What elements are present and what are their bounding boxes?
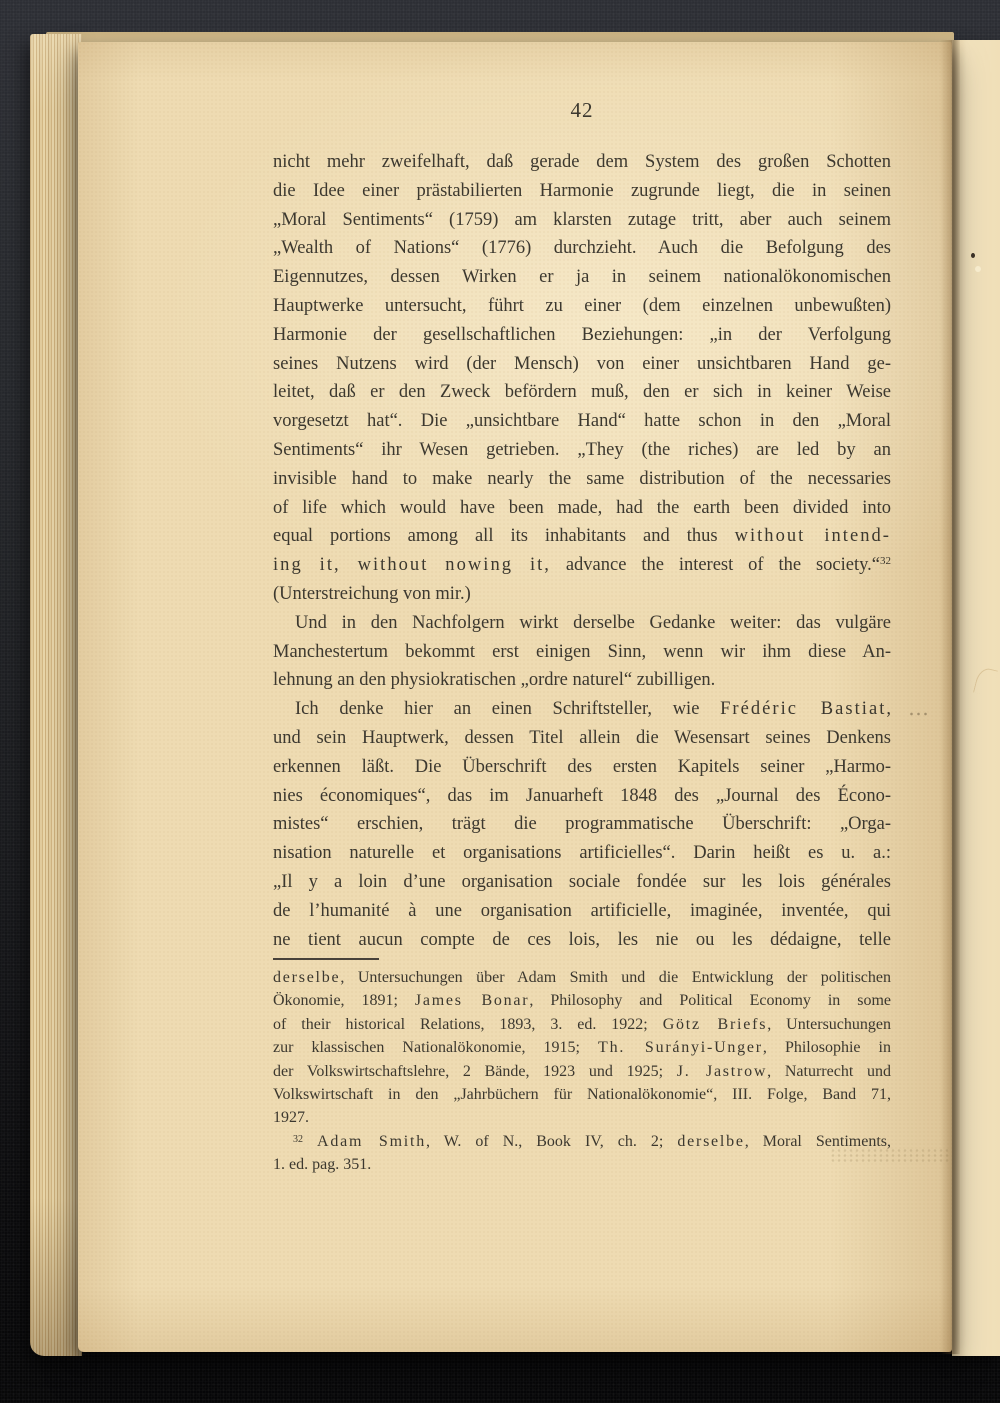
text-line: (Unterstreichung von mir.) <box>273 580 891 609</box>
text-line: Sentiments“ ihr Wesen getrieben. „They (… <box>273 436 891 465</box>
text-line: Ich denke hier an einen Schriftsteller, … <box>273 695 891 724</box>
text-line: 1. ed. pag. 351. <box>273 1153 891 1176</box>
text-line: derselbe, Untersuchungen über Adam Smith… <box>273 966 891 989</box>
text-line: der Volkswirtschaftslehre, 2 Bände, 1923… <box>273 1060 891 1083</box>
text-line: 32 Adam Smith, W. of N., Book IV, ch. 2;… <box>273 1130 891 1153</box>
text-line: equal portions among all its inhabitants… <box>273 522 891 551</box>
text-line: Hauptwerke untersucht, führt zu einer (d… <box>273 292 891 321</box>
text-line: Harmonie der gesellschaftlichen Beziehun… <box>273 321 891 350</box>
footnote-text: derselbe, Untersuchungen über Adam Smith… <box>273 966 891 1177</box>
faint-smudge-artifact <box>830 1148 950 1164</box>
text-line: zur klassischen Nationalökonomie, 1915; … <box>273 1036 891 1059</box>
text-line: leitet, daß er den Zweck befördern muß, … <box>273 378 891 407</box>
text-line: Ökonomie, 1891; James Bonar, Philosophy … <box>273 989 891 1012</box>
text-line: seines Nutzens wird (der Mensch) von ein… <box>273 350 891 379</box>
light-speck-artifact <box>975 266 981 272</box>
text-line: die Idee einer prästabilierten Harmonie … <box>273 177 891 206</box>
text-line: nicht mehr zweifelhaft, daß gerade dem S… <box>273 148 891 177</box>
text-line: „Il y a loin d’une organisation sociale … <box>273 868 891 897</box>
text-line: nisation naturelle et organisations arti… <box>273 839 891 868</box>
text-line: vorgesetzt hat“. Die „unsichtbare Hand“ … <box>273 407 891 436</box>
text-line: invisible hand to make nearly the same d… <box>273 465 891 494</box>
page-stack-left-edges <box>30 34 82 1356</box>
text-line: of their historical Relations, 1893, 3. … <box>273 1013 891 1036</box>
text-line: erkennen läßt. Die Überschrift des erste… <box>273 753 891 782</box>
text-line: „Wealth of Nations“ (1776) durchzieht. A… <box>273 234 891 263</box>
text-line: mistes“ erschien, trägt die programmatis… <box>273 810 891 839</box>
text-line: 1927. <box>273 1106 891 1129</box>
text-line: ing it, without nowing it, advance the i… <box>273 551 891 580</box>
book-page: 42 nicht mehr zweifelhaft, daß gerade de… <box>78 42 952 1352</box>
footnote-reference-superscript: 32 <box>880 555 891 567</box>
footnote-separator-rule <box>273 958 379 960</box>
body-text: nicht mehr zweifelhaft, daß gerade dem S… <box>273 148 891 954</box>
page-number: 42 <box>273 98 891 123</box>
text-line: Volkswirtschaft in den „Jahrbüchern für … <box>273 1083 891 1106</box>
photo-of-book-page: 42 nicht mehr zweifelhaft, daß gerade de… <box>0 0 1000 1403</box>
faint-dots-artifact <box>908 712 930 716</box>
text-line: of life which would have been made, had … <box>273 494 891 523</box>
text-line: de l’humanité à une organisation artific… <box>273 897 891 926</box>
text-line: Und in den Nachfolgern wirkt derselbe Ge… <box>273 609 891 638</box>
text-line: nies économiques“, das im Januarheft 184… <box>273 782 891 811</box>
text-line: Manchestertum bekommt erst einigen Sinn,… <box>273 638 891 667</box>
text-line: lehnung an den physiokratischen „ordre n… <box>273 666 891 695</box>
dark-speck-artifact <box>971 253 975 258</box>
text-line: ne tient aucun compte de ces lois, les n… <box>273 926 891 955</box>
footnote-reference-superscript: 32 <box>293 1134 303 1145</box>
text-line: „Moral Sentiments“ (1759) am klarsten zu… <box>273 206 891 235</box>
text-line: und sein Hauptwerk, dessen Titel allein … <box>273 724 891 753</box>
text-line: Eigennutzes, dessen Wirken er ja in sein… <box>273 263 891 292</box>
